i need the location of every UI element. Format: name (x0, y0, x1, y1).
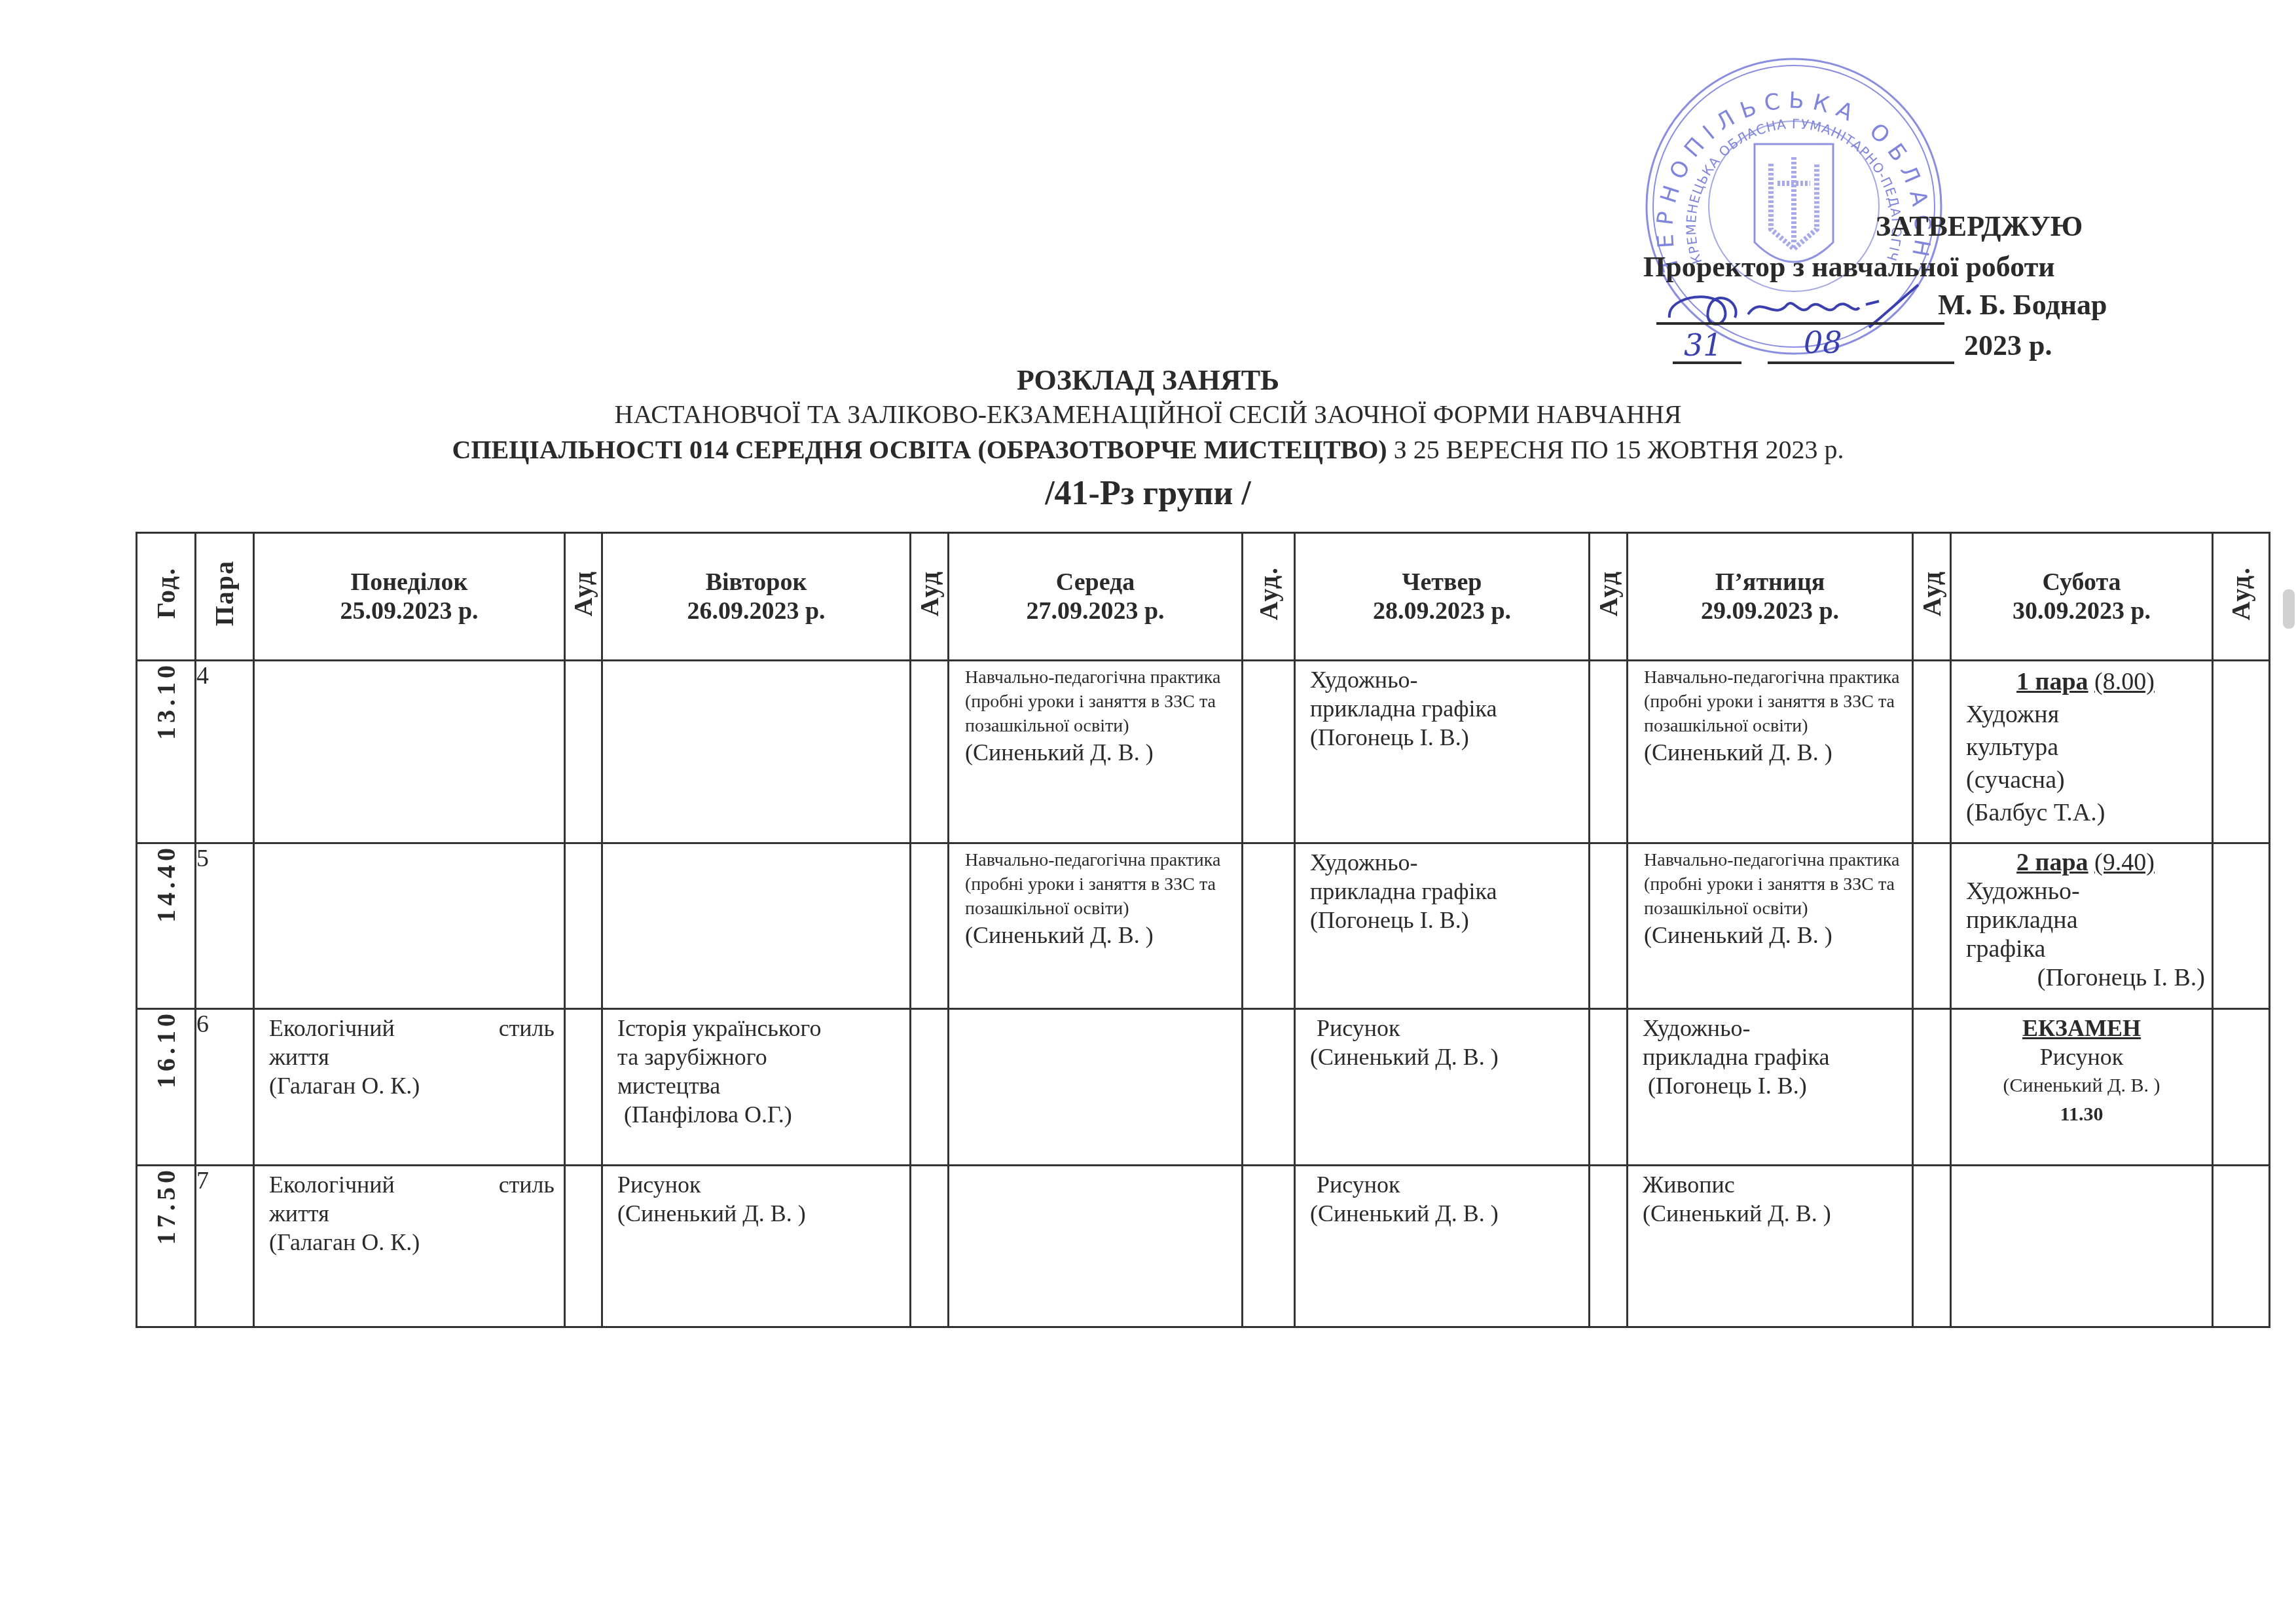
time-cell: 17.50 (137, 1166, 196, 1327)
aud-cell (1913, 1166, 1951, 1327)
lesson-cell-saturday: ЕКЗАМЕН Рисунок (Синенький Д. В. ) 11.30 (1951, 1009, 2213, 1166)
aud-cell (2213, 1009, 2270, 1166)
header-thursday: Четвер28.09.2023 р. (1295, 533, 1590, 661)
lesson-cell-wednesday (949, 1166, 1243, 1327)
lesson-cell-friday: Живопис(Синенький Д. В. ) (1628, 1166, 1913, 1327)
aud-cell (911, 661, 949, 843)
session-subtitle: НАСТАНОВЧОЇ ТА ЗАЛІКОВО-ЕКЗАМЕНАЦІЙНОЇ С… (0, 397, 2296, 432)
schedule-title-block: РОЗКЛАД ЗАНЯТЬ НАСТАНОВЧОЇ ТА ЗАЛІКОВО-Е… (0, 363, 2296, 519)
lesson-cell-monday (254, 843, 565, 1009)
aud-cell (1590, 661, 1628, 843)
aud-cell (1243, 843, 1295, 1009)
lesson-cell-thursday: Рисунок(Синенький Д. В. ) (1295, 1009, 1590, 1166)
pair-cell: 5 (196, 843, 254, 1009)
lesson-cell-friday: Навчально-педагогічна практика (пробні у… (1628, 661, 1913, 843)
time-cell: 16.10 (137, 1009, 196, 1166)
specialty-line: СПЕЦІАЛЬНОСТІ 014 СЕРЕДНЯ ОСВІТА (ОБРАЗО… (0, 432, 2296, 468)
aud-cell (911, 1166, 949, 1327)
table-row: 16.10 6 Екологічнийстильжиття(Галаган О.… (137, 1009, 2270, 1166)
lesson-cell-wednesday: Навчально-педагогічна практика (пробні у… (949, 843, 1243, 1009)
date-range: З 25 ВЕРЕСНЯ ПО 15 ЖОВТНЯ 2023 р. (1387, 435, 1844, 464)
lesson-cell-saturday (1951, 1166, 2213, 1327)
aud-cell (1913, 843, 1951, 1009)
table-row: 17.50 7 Екологічнийстильжиття(Галаган О.… (137, 1166, 2270, 1327)
lesson-cell-tuesday (602, 843, 911, 1009)
header-time: Год. (137, 533, 196, 661)
header-aud: Ауд. (1243, 533, 1295, 661)
header-pair: Пара (196, 533, 254, 661)
aud-cell (1913, 1009, 1951, 1166)
aud-cell (1243, 1009, 1295, 1166)
group-label: /41-Рз групи / (0, 468, 2296, 519)
lesson-cell-wednesday (949, 1009, 1243, 1166)
exam-badge: ЕКЗАМЕН (1958, 1014, 2205, 1043)
header-friday: П’ятниця29.09.2023 р. (1628, 533, 1913, 661)
aud-cell (1913, 661, 1951, 843)
aud-cell (1590, 843, 1628, 1009)
lesson-cell-tuesday: Рисунок(Синенький Д. В. ) (602, 1166, 911, 1327)
approval-day: 31 (1684, 327, 1722, 363)
approval-month: 08 (1804, 325, 1842, 360)
lesson-cell-thursday: Художньо-прикладна графіка(Погонець І. В… (1295, 843, 1590, 1009)
header-tuesday: Вівторок26.09.2023 р. (602, 533, 911, 661)
aud-cell (2213, 1166, 2270, 1327)
aud-cell (911, 1009, 949, 1166)
header-wednesday: Середа27.09.2023 р. (949, 533, 1243, 661)
header-monday: Понеділок25.09.2023 р. (254, 533, 565, 661)
pair-cell: 6 (196, 1009, 254, 1166)
signature-icon (1663, 282, 1925, 334)
aud-cell (2213, 843, 2270, 1009)
aud-cell (1590, 1166, 1628, 1327)
header-aud: Ауд (1590, 533, 1628, 661)
lesson-cell-thursday: Художньо-прикладна графіка(Погонець І. В… (1295, 661, 1590, 843)
aud-cell (1243, 1166, 1295, 1327)
lesson-cell-wednesday: Навчально-педагогічна практика (пробні у… (949, 661, 1243, 843)
lesson-cell-friday: Навчально-педагогічна практика (пробні у… (1628, 843, 1913, 1009)
aud-cell (565, 843, 602, 1009)
pair-time-label: 1 пара (8.00) (1966, 665, 2205, 698)
aud-cell (1243, 661, 1295, 843)
approval-heading: ЗАТВЕРДЖУЮ (1876, 210, 2083, 243)
pair-cell: 4 (196, 661, 254, 843)
lesson-cell-saturday: 1 пара (8.00) Художнякультура(сучасна)(Б… (1951, 661, 2213, 843)
aud-cell (2213, 661, 2270, 843)
aud-cell (565, 661, 602, 843)
lesson-cell-monday: Екологічнийстильжиття(Галаган О. К.) (254, 1009, 565, 1166)
header-aud: Ауд (1913, 533, 1951, 661)
table-row: 14.40 5 Навчально-педагогічна практика (… (137, 843, 2270, 1009)
schedule-title: РОЗКЛАД ЗАНЯТЬ (0, 363, 2296, 397)
aud-cell (565, 1009, 602, 1166)
lesson-cell-friday: Художньо-прикладна графіка(Погонець І. В… (1628, 1009, 1913, 1166)
lesson-cell-thursday: Рисунок(Синенький Д. В. ) (1295, 1166, 1590, 1327)
approver-position: Проректор з навчальної роботи (1643, 250, 2055, 284)
header-saturday: Субота30.09.2023 р. (1951, 533, 2213, 661)
time-cell: 14.40 (137, 843, 196, 1009)
pair-cell: 7 (196, 1166, 254, 1327)
header-aud: Ауд. (2213, 533, 2270, 661)
pair-time-label: 2 пара (9.40) (1966, 848, 2205, 877)
lesson-cell-tuesday (602, 661, 911, 843)
lesson-cell-monday: Екологічнийстильжиття(Галаган О. К.) (254, 1166, 565, 1327)
aud-cell (1590, 1009, 1628, 1166)
approver-name: М. Б. Боднар (1938, 288, 2107, 322)
header-aud: Ауд (565, 533, 602, 661)
aud-cell (911, 843, 949, 1009)
aud-cell (565, 1166, 602, 1327)
scan-smudge (2283, 589, 2295, 629)
table-row: 13.10 4 Навчально-педагогічна практика (… (137, 661, 2270, 843)
approval-year: 2023 р. (1964, 329, 2052, 362)
header-row: Год. Пара Понеділок25.09.2023 р. Ауд Вів… (137, 533, 2270, 661)
lesson-cell-tuesday: Історія українськогота зарубіжногомистец… (602, 1009, 911, 1166)
lesson-cell-saturday: 2 пара (9.40) Художньо-прикладнаграфіка(… (1951, 843, 2213, 1009)
time-cell: 13.10 (137, 661, 196, 843)
lesson-cell-monday (254, 661, 565, 843)
signature-line (1656, 322, 1944, 325)
schedule-table: Год. Пара Понеділок25.09.2023 р. Ауд Вів… (136, 532, 2270, 1328)
header-aud: Ауд (911, 533, 949, 661)
specialty-name: СПЕЦІАЛЬНОСТІ 014 СЕРЕДНЯ ОСВІТА (ОБРАЗО… (452, 435, 1387, 464)
